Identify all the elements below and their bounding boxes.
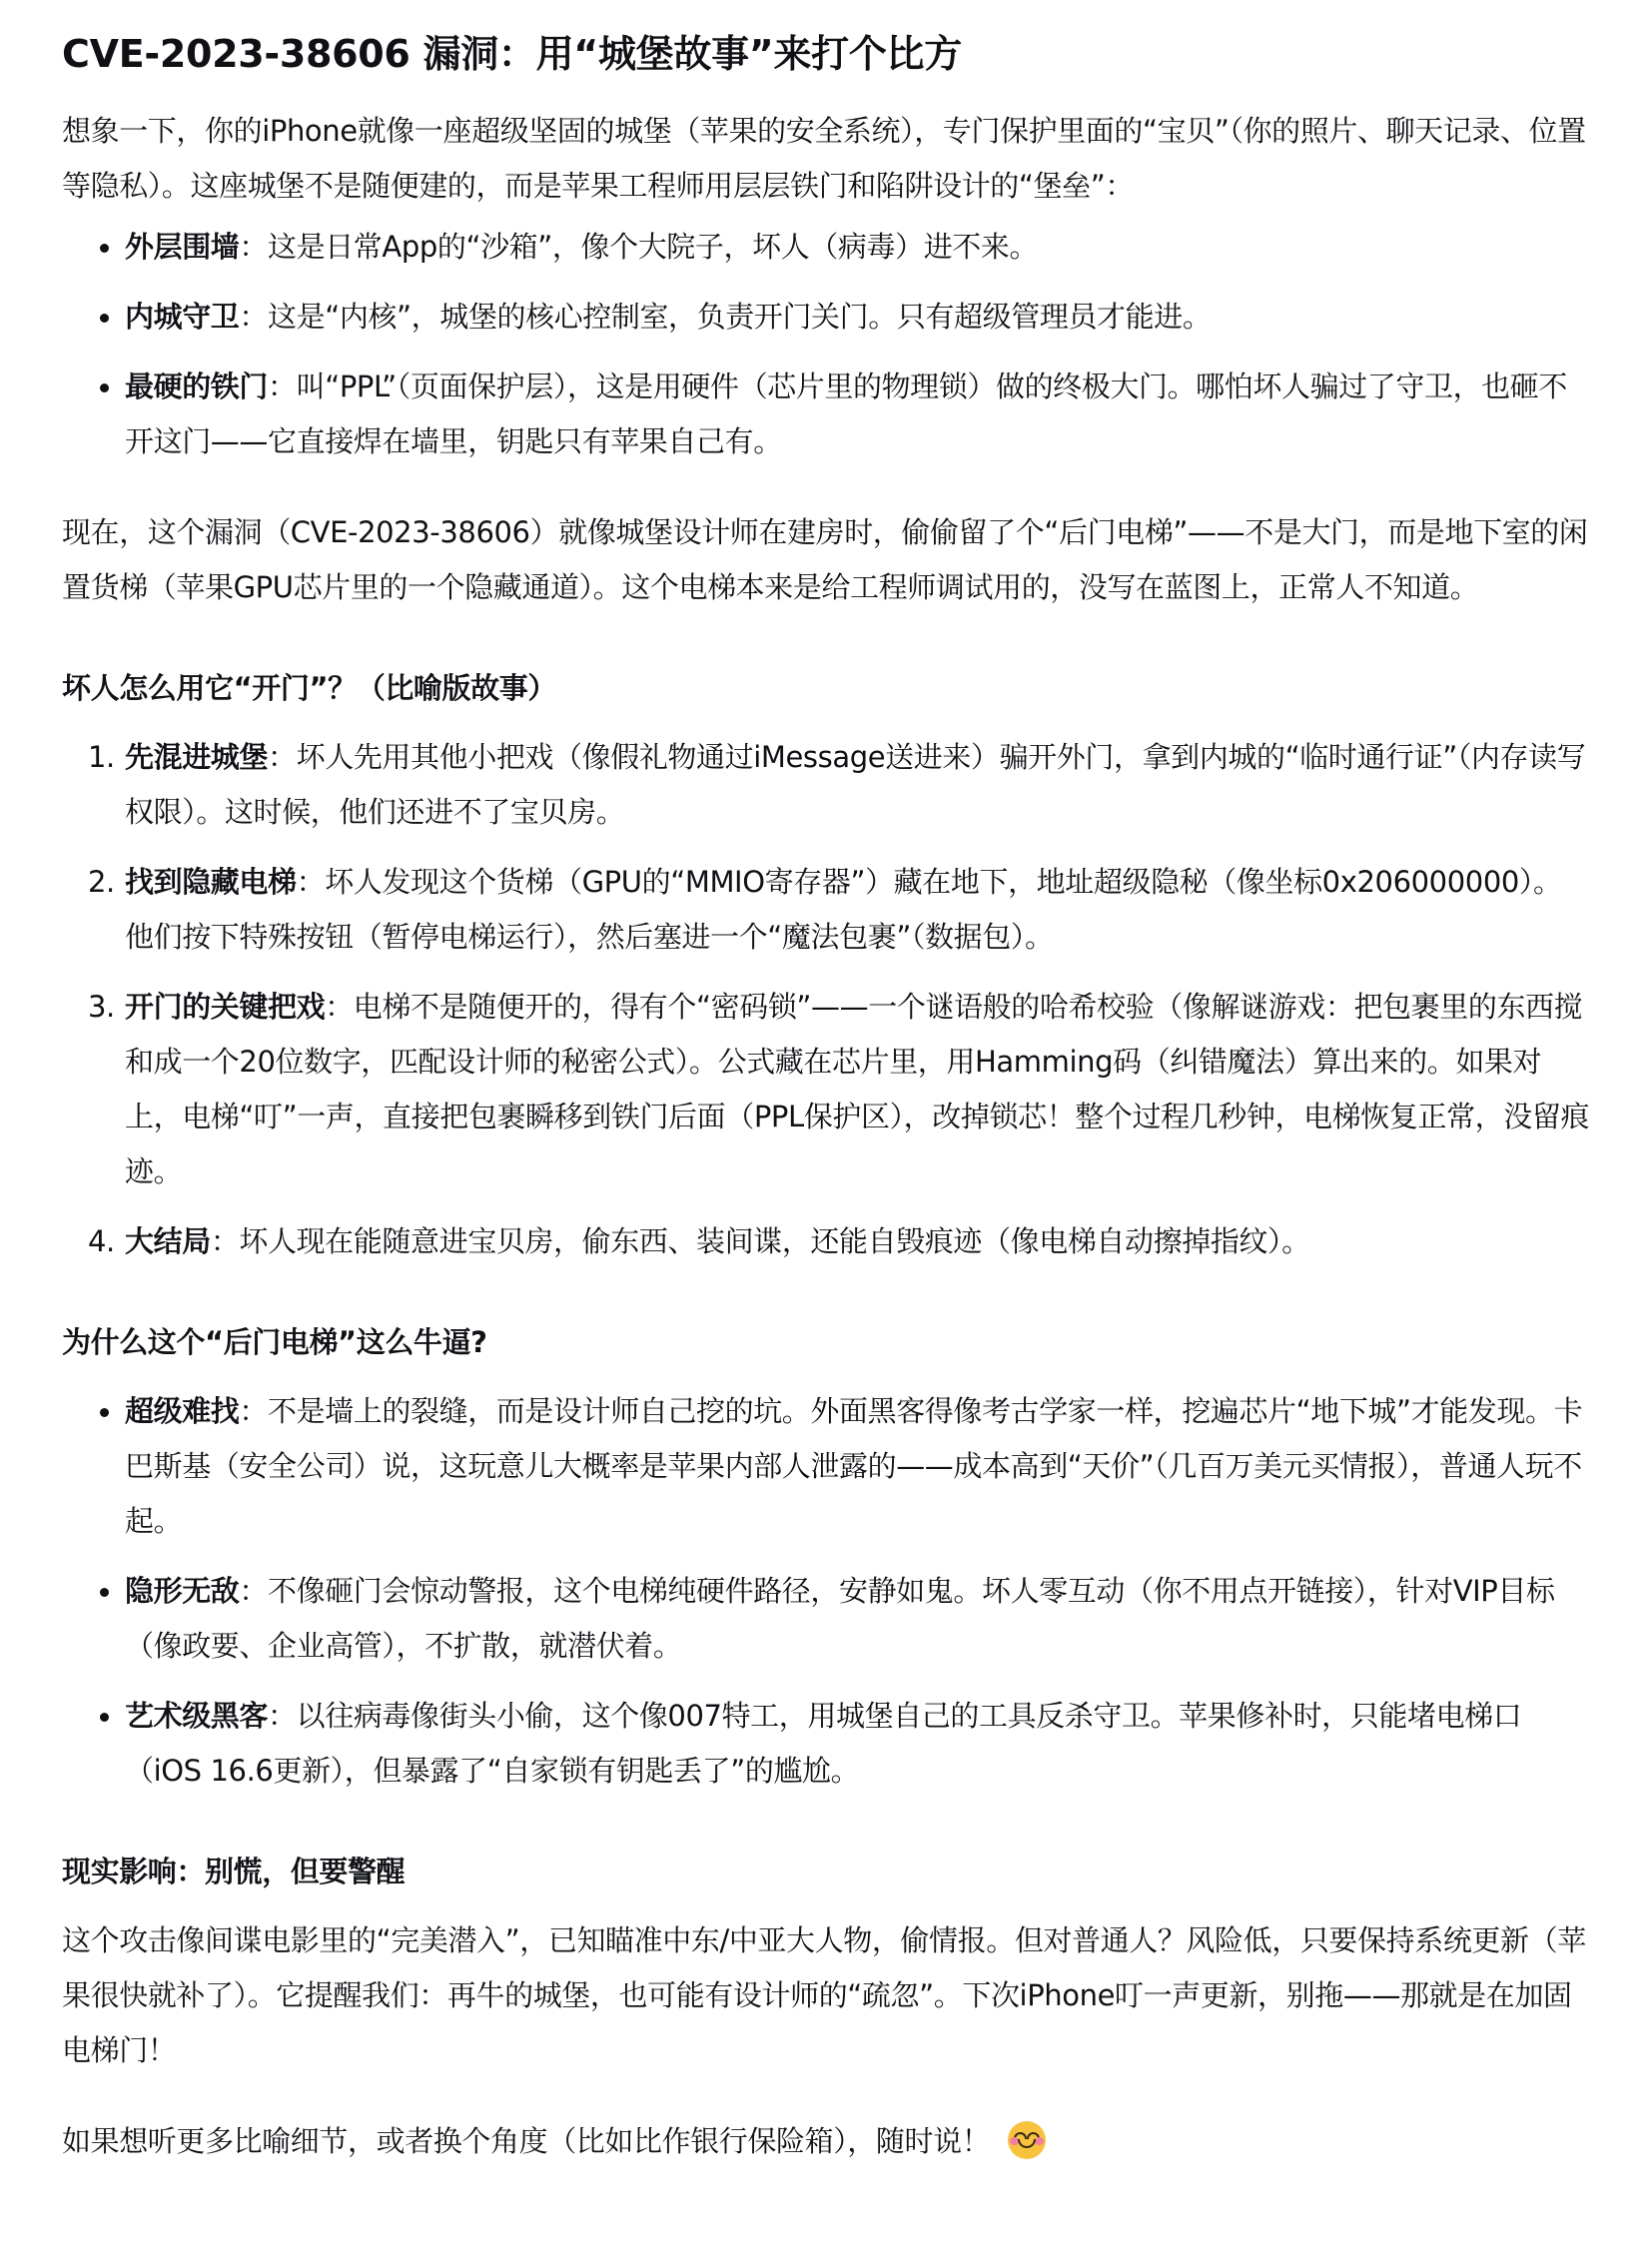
attack-steps-list: 1.先混进城堡：坏人先用其他小把戏（像假礼物通过iMessage送进来）骗开外门…: [62, 730, 1590, 1269]
list-item-text: ：坏人先用其他小把戏（像假礼物通过iMessage送进来）骗开外门，拿到内城的“…: [125, 740, 1585, 829]
list-number: 3.: [88, 980, 115, 1035]
list-item-text: ：以往病毒像街头小偷，这个像007特工，用城堡自己的工具反杀守卫。苹果修补时，只…: [125, 1699, 1521, 1788]
list-number: 2.: [88, 855, 115, 910]
list-item-text: ：不像砸门会惊动警报，这个电梯纯硬件路径，安静如鬼。坏人零互动（你不用点开链接）…: [125, 1574, 1555, 1663]
list-item: 4.大结局：坏人现在能随意进宝贝房，偷东西、装间谍，还能自毁痕迹（像电梯自动擦掉…: [62, 1214, 1590, 1269]
list-item-text: ：坏人发现这个货梯（GPU的“MMIO寄存器”）藏在地下，地址超级隐秘（像坐标0…: [125, 865, 1562, 954]
list-item: 3.开门的关键把戏：电梯不是随便开的，得有个“密码锁”——一个谜语般的哈希校验（…: [62, 980, 1590, 1199]
list-item-text: ：电梯不是随便开的，得有个“密码锁”——一个谜语般的哈希校验（像解谜游戏：把包裹…: [125, 990, 1589, 1188]
list-item: 隐形无敌：不像砸门会惊动警报，这个电梯纯硬件路径，安静如鬼。坏人零互动（你不用点…: [62, 1564, 1590, 1674]
list-item-term: 大结局: [125, 1224, 211, 1258]
page-title: CVE-2023-38606 漏洞：用“城堡故事”来打个比方: [62, 26, 1590, 82]
vulnerability-paragraph: 现在，这个漏洞（CVE-2023-38606）就像城堡设计师在建房时，偷偷留了个…: [62, 505, 1590, 615]
list-item-text: ：不是墙上的裂缝，而是设计师自己挖的坑。外面黑客得像考古学家一样，挖遍芯片“地下…: [125, 1394, 1582, 1538]
list-number: 1.: [88, 730, 115, 785]
list-item-text: ：这是日常App的“沙箱”，像个大院子，坏人（病毒）进不来。: [239, 230, 1038, 264]
list-item: 内城守卫：这是“内核”，城堡的核心控制室，负责开门关门。只有超级管理员才能进。: [62, 290, 1590, 345]
list-item-term: 隐形无敌: [125, 1574, 239, 1608]
list-item-text: ：这是“内核”，城堡的核心控制室，负责开门关门。只有超级管理员才能进。: [239, 300, 1211, 334]
why-list: 超级难找：不是墙上的裂缝，而是设计师自己挖的坑。外面黑客得像考古学家一样，挖遍芯…: [62, 1384, 1590, 1799]
list-item-term: 超级难找: [125, 1394, 239, 1428]
section-heading-why: 为什么这个“后门电梯”这么牛逼?: [62, 1315, 1590, 1370]
document: CVE-2023-38606 漏洞：用“城堡故事”来打个比方 想象一下，你的iP…: [0, 0, 1652, 2209]
section-heading-impact: 现实影响：别慌，但要警醒: [62, 1845, 1590, 1899]
list-item-text: ：叫“PPL”（页面保护层），这是用硬件（芯片里的物理锁）做的终极大门。哪怕坏人…: [125, 370, 1567, 458]
impact-paragraph: 这个攻击像间谍电影里的“完美潜入”，已知瞄准中东/中亚大人物，偷情报。但对普通人…: [62, 1913, 1590, 2078]
list-item-term: 艺术级黑客: [125, 1699, 268, 1733]
list-item-text: ：坏人现在能随意进宝贝房，偷东西、装间谍，还能自毁痕迹（像电梯自动擦掉指纹）。: [211, 1224, 1310, 1258]
list-item-term: 外层围墙: [125, 230, 239, 264]
list-item-term: 开门的关键把戏: [125, 990, 325, 1024]
list-item: 艺术级黑客：以往病毒像街头小偷，这个像007特工，用城堡自己的工具反杀守卫。苹果…: [62, 1689, 1590, 1799]
list-item: 最硬的铁门：叫“PPL”（页面保护层），这是用硬件（芯片里的物理锁）做的终极大门…: [62, 360, 1590, 469]
closing-paragraph: 如果想听更多比喻细节，或者换个角度（比如比作银行保险箱），随时说！: [62, 2114, 1590, 2169]
smiling-face-emoji-icon: [1008, 2121, 1046, 2159]
list-item: 外层围墙：这是日常App的“沙箱”，像个大院子，坏人（病毒）进不来。: [62, 220, 1590, 275]
castle-layers-list: 外层围墙：这是日常App的“沙箱”，像个大院子，坏人（病毒）进不来。 内城守卫：…: [62, 220, 1590, 469]
section-heading-how: 坏人怎么用它“开门”？（比喻版故事）: [62, 661, 1590, 716]
intro-paragraph: 想象一下，你的iPhone就像一座超级坚固的城堡（苹果的安全系统），专门保护里面…: [62, 104, 1590, 214]
list-item-term: 先混进城堡: [125, 740, 268, 774]
list-item: 1.先混进城堡：坏人先用其他小把戏（像假礼物通过iMessage送进来）骗开外门…: [62, 730, 1590, 840]
list-item-term: 找到隐藏电梯: [125, 865, 297, 899]
closing-text: 如果想听更多比喻细节，或者换个角度（比如比作银行保险箱），随时说！: [62, 2124, 990, 2158]
list-item-term: 最硬的铁门: [125, 370, 268, 403]
list-item-term: 内城守卫: [125, 300, 239, 334]
list-item: 超级难找：不是墙上的裂缝，而是设计师自己挖的坑。外面黑客得像考古学家一样，挖遍芯…: [62, 1384, 1590, 1549]
list-number: 4.: [88, 1214, 115, 1269]
list-item: 2.找到隐藏电梯：坏人发现这个货梯（GPU的“MMIO寄存器”）藏在地下，地址超…: [62, 855, 1590, 965]
